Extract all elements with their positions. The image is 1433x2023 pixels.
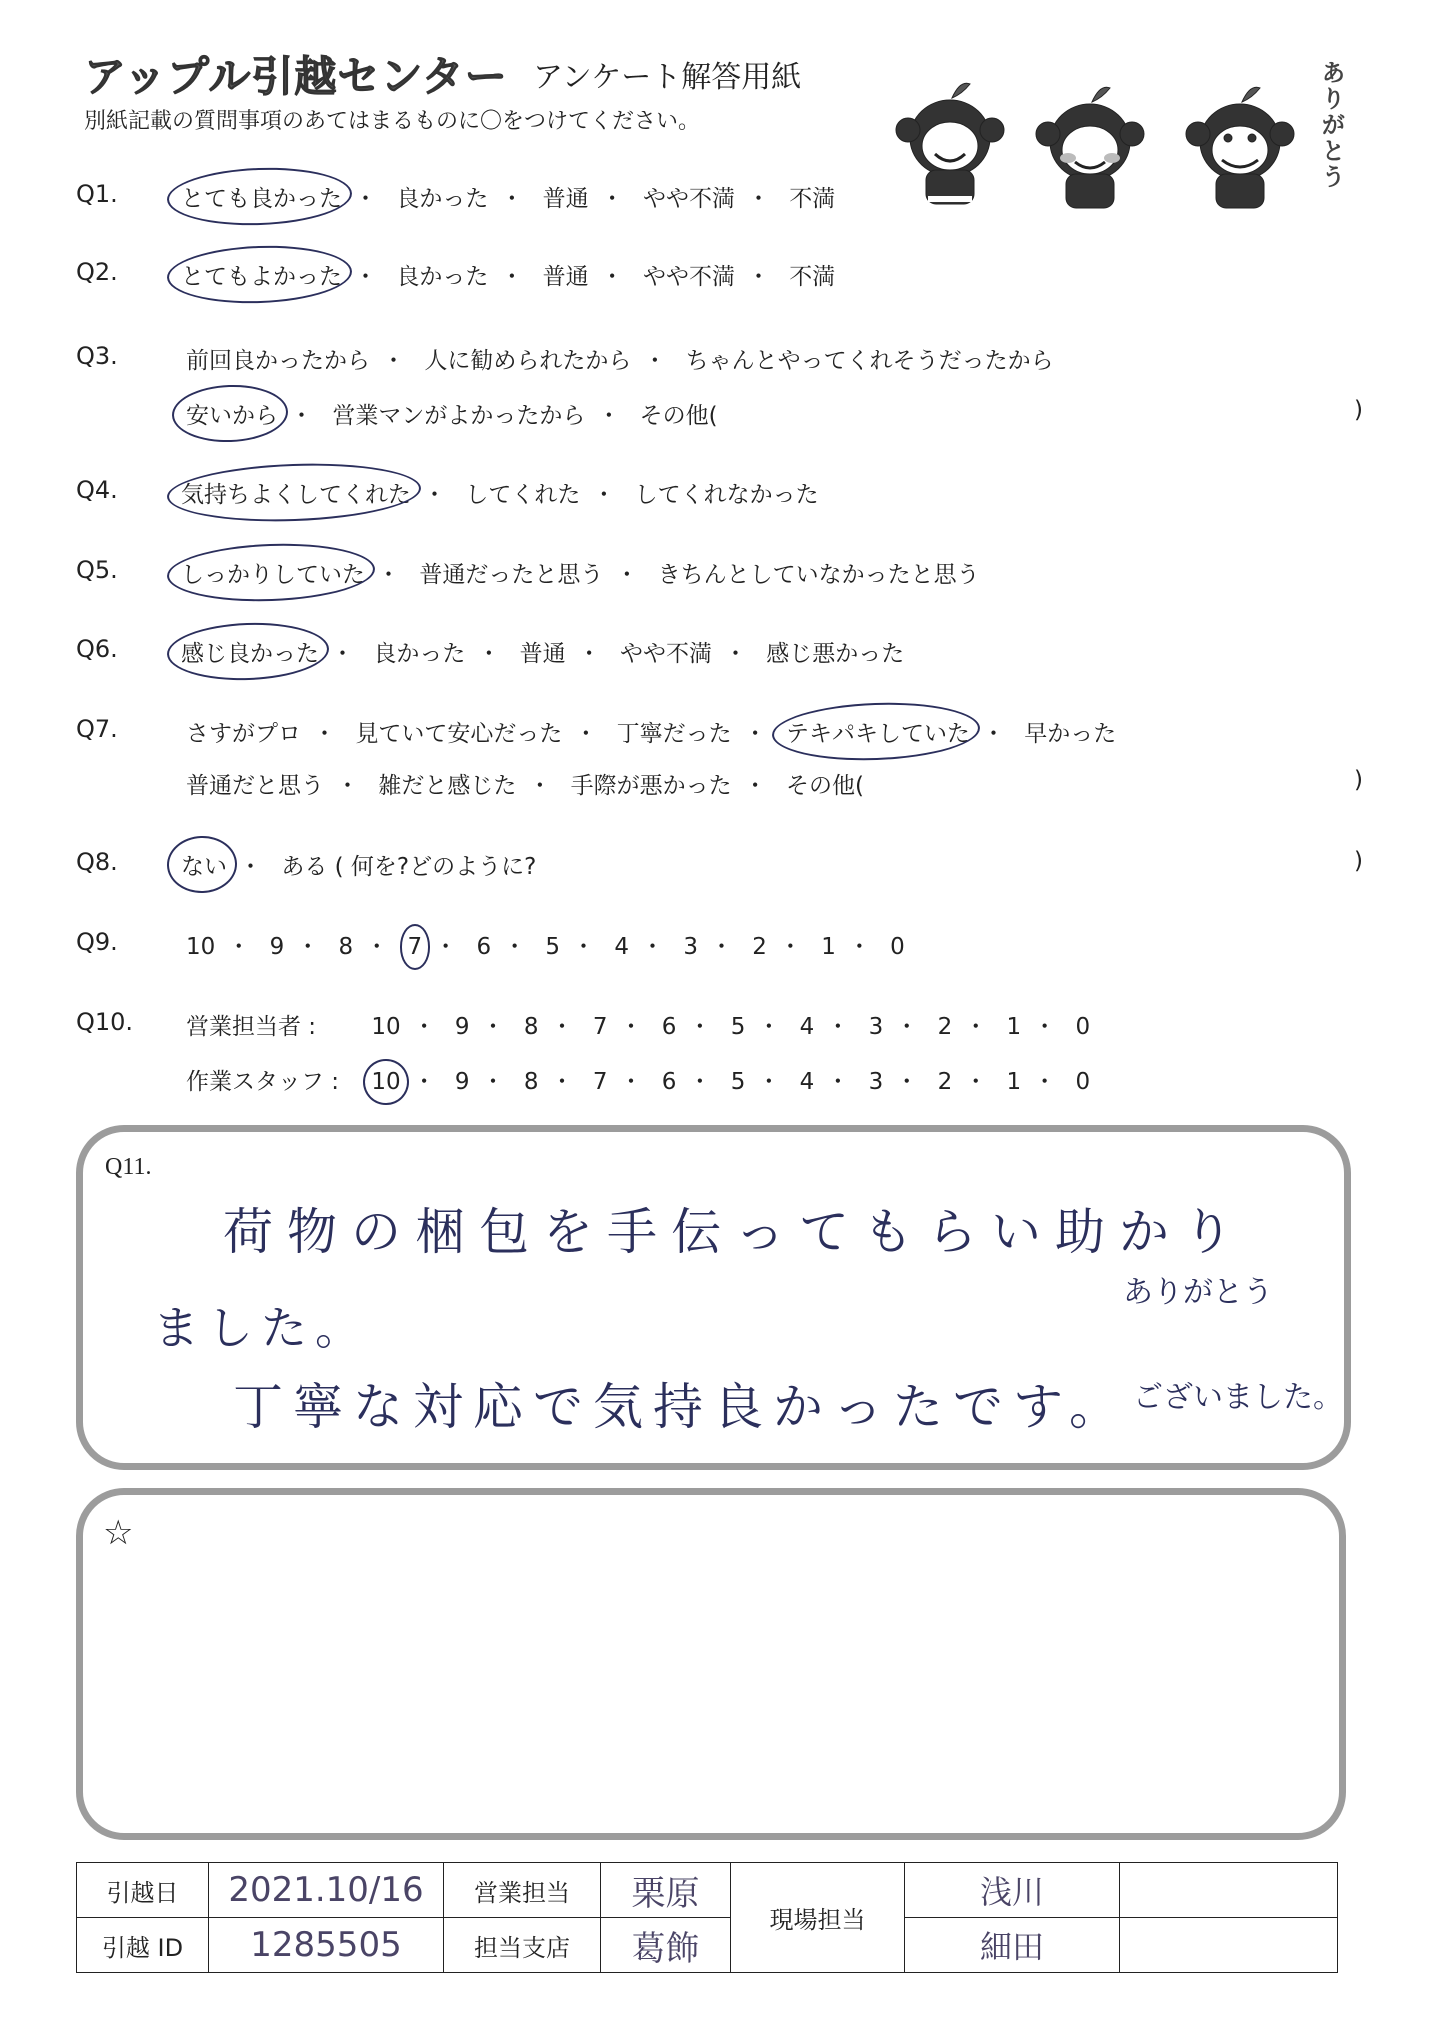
score-7[interactable]: 7 <box>408 934 423 960</box>
option-good[interactable]: 良かった <box>396 258 488 291</box>
score-2[interactable]: 2 <box>938 1014 953 1040</box>
option-did-not[interactable]: してくれなかった <box>635 476 819 509</box>
score-0[interactable]: 0 <box>1075 1014 1090 1040</box>
option-good[interactable]: 良かった <box>373 635 465 668</box>
option-somewhat-dissatisfied[interactable]: やや不満 <box>620 635 712 668</box>
question-label: Q6. <box>76 635 166 663</box>
site-staff-3[interactable] <box>1120 1863 1338 1918</box>
score-9[interactable]: 9 <box>455 1014 470 1040</box>
score-0[interactable]: 0 <box>1075 1069 1090 1095</box>
notes-box[interactable]: ☆ <box>76 1488 1346 1840</box>
option-very-pleasant[interactable]: 気持ちよくしてくれた <box>181 476 411 509</box>
option-other[interactable]: その他( <box>640 397 718 430</box>
score-3[interactable]: 3 <box>869 1069 884 1095</box>
mascot-caption: ありがとう <box>1314 60 1349 190</box>
monkey-icon <box>896 83 1004 204</box>
sales-rep-label: 営業担当 <box>444 1863 601 1918</box>
monkey-mascots-illustration <box>890 50 1330 220</box>
score-4[interactable]: 4 <box>800 1069 815 1095</box>
option-unpleasant[interactable]: 感じ悪かった <box>766 635 904 668</box>
score-3[interactable]: 3 <box>683 934 698 960</box>
score-5[interactable]: 5 <box>731 1014 746 1040</box>
close-paren: ) <box>1354 848 1363 874</box>
site-staff-1[interactable]: 浅川 <box>905 1863 1120 1918</box>
option-seemed-reliable[interactable]: ちゃんとやってくれそうだったから <box>686 342 1054 375</box>
close-paren: ) <box>1354 767 1363 793</box>
monkey-icon <box>1036 87 1144 208</box>
option-dissatisfied[interactable]: 不満 <box>789 180 835 213</box>
q11-label: Q11. <box>105 1154 151 1181</box>
option-reassuring[interactable]: 見ていて安心だった <box>355 715 562 748</box>
question-label: Q5. <box>76 556 166 584</box>
question-label: Q1. <box>76 180 166 208</box>
site-staff-2[interactable]: 細田 <box>905 1918 1120 1973</box>
option-did[interactable]: してくれた <box>465 476 580 509</box>
option-other[interactable]: その他( <box>786 767 864 800</box>
option-dissatisfied[interactable]: 不満 <box>789 258 835 291</box>
handwritten-comment-line3: 丁寧な対応で気持良かったです。 <box>233 1367 1129 1439</box>
option-very-nice[interactable]: 感じ良かった <box>181 635 319 668</box>
option-very-good[interactable]: とても良かった <box>181 180 342 213</box>
option-thorough[interactable]: しっかりしていた <box>181 556 365 589</box>
option-not-thorough[interactable]: きちんとしていなかったと思う <box>658 556 980 589</box>
table-row: 引越日 2021.10/16 営業担当 栗原 現場担当 浅川 <box>77 1863 1338 1918</box>
score-10[interactable]: 10 <box>371 1069 400 1095</box>
score-10[interactable]: 10 <box>371 1014 400 1040</box>
move-info-table: 引越日 2021.10/16 営業担当 栗原 現場担当 浅川 引越 ID 128… <box>76 1862 1338 1973</box>
monkey-icon <box>1186 87 1294 208</box>
handwritten-comment-line2: ました。 <box>153 1292 369 1358</box>
score-6[interactable]: 6 <box>662 1069 677 1095</box>
question-label: Q3. <box>76 342 166 370</box>
option-normal[interactable]: 普通 <box>543 180 589 213</box>
site-staff-label: 現場担当 <box>731 1863 905 1973</box>
handwritten-comment-line1: 荷物の梱包を手伝ってもらい助かり <box>223 1192 1247 1264</box>
option-clumsy[interactable]: 手際が悪かった <box>571 767 732 800</box>
score-10[interactable]: 10 <box>186 934 215 960</box>
move-date-label: 引越日 <box>77 1863 209 1918</box>
option-yes-describe[interactable]: ある ( 何を?どのように? <box>281 848 536 881</box>
handwritten-aside-thanks: ありがとう <box>1123 1267 1273 1311</box>
score-1[interactable]: 1 <box>1007 1069 1022 1095</box>
option-previous-good[interactable]: 前回良かったから <box>186 342 370 375</box>
score-5[interactable]: 5 <box>731 1069 746 1095</box>
score-6[interactable]: 6 <box>476 934 491 960</box>
option-efficient[interactable]: テキパキしていた <box>786 715 970 748</box>
sales-rep-value[interactable]: 栗原 <box>601 1863 731 1918</box>
option-somewhat-dissatisfied[interactable]: やや不満 <box>643 258 735 291</box>
score-8[interactable]: 8 <box>524 1069 539 1095</box>
option-normal[interactable]: 普通だと思う <box>186 767 324 800</box>
option-professional[interactable]: さすがプロ <box>186 715 301 748</box>
option-good[interactable]: 良かった <box>396 180 488 213</box>
question-label: Q7. <box>76 715 166 743</box>
option-normal[interactable]: 普通 <box>520 635 566 668</box>
q11-comment-box[interactable]: Q11. 荷物の梱包を手伝ってもらい助かり ました。 ありがとう 丁寧な対応で気… <box>76 1125 1351 1470</box>
handwritten-aside-closing: ございました。 <box>1133 1372 1343 1416</box>
option-normal[interactable]: 普通だったと思う <box>419 556 603 589</box>
close-paren: ) <box>1354 397 1363 423</box>
score-6[interactable]: 6 <box>662 1014 677 1040</box>
score-9[interactable]: 9 <box>270 934 285 960</box>
question-label: Q10. <box>76 1008 166 1036</box>
sales-rep-label: 営業担当者 : <box>186 1008 364 1041</box>
company-title: アップル引越センター <box>84 44 508 104</box>
form-title: アンケート解答用紙 <box>533 52 801 96</box>
option-somewhat-dissatisfied[interactable]: やや不満 <box>643 180 735 213</box>
instruction-text: 別紙記載の質問事項のあてはまるものに〇をつけてください。 <box>84 104 700 135</box>
option-none[interactable]: ない <box>181 848 227 881</box>
score-9[interactable]: 9 <box>455 1069 470 1095</box>
score-2[interactable]: 2 <box>938 1069 953 1095</box>
work-staff-label: 作業スタッフ : <box>186 1063 364 1096</box>
score-7[interactable]: 7 <box>593 1014 608 1040</box>
option-recommended[interactable]: 人に勧められたから <box>424 342 631 375</box>
question-label: Q9. <box>76 928 166 956</box>
option-normal[interactable]: 普通 <box>543 258 589 291</box>
score-7[interactable]: 7 <box>593 1069 608 1095</box>
move-id-value[interactable]: 1285505 <box>209 1918 444 1973</box>
option-sloppy[interactable]: 雑だと感じた <box>378 767 516 800</box>
move-id-label: 引越 ID <box>77 1918 209 1973</box>
move-date-value[interactable]: 2021.10/16 <box>209 1863 444 1918</box>
score-8[interactable]: 8 <box>339 934 354 960</box>
score-4[interactable]: 4 <box>800 1014 815 1040</box>
score-3[interactable]: 3 <box>869 1014 884 1040</box>
branch-label: 担当支店 <box>444 1918 601 1973</box>
option-very-good[interactable]: とてもよかった <box>181 258 342 291</box>
site-staff-4[interactable] <box>1120 1918 1338 1973</box>
score-5[interactable]: 5 <box>545 934 560 960</box>
score-4[interactable]: 4 <box>614 934 629 960</box>
option-good-salesperson[interactable]: 営業マンがよかったから <box>332 397 585 430</box>
option-fast[interactable]: 早かった <box>1024 715 1116 748</box>
table-row: 引越 ID 1285505 担当支店 葛飾 細田 <box>77 1918 1338 1973</box>
question-label: Q4. <box>76 476 166 504</box>
option-cheap[interactable]: 安いから <box>186 397 278 430</box>
question-label: Q2. <box>76 258 166 286</box>
branch-value[interactable]: 葛飾 <box>601 1918 731 1973</box>
star-icon: ☆ <box>103 1513 133 1553</box>
score-0[interactable]: 0 <box>890 934 905 960</box>
option-polite[interactable]: 丁寧だった <box>617 715 732 748</box>
question-label: Q8. <box>76 848 166 876</box>
score-8[interactable]: 8 <box>524 1014 539 1040</box>
score-2[interactable]: 2 <box>752 934 767 960</box>
score-1[interactable]: 1 <box>821 934 836 960</box>
score-1[interactable]: 1 <box>1007 1014 1022 1040</box>
